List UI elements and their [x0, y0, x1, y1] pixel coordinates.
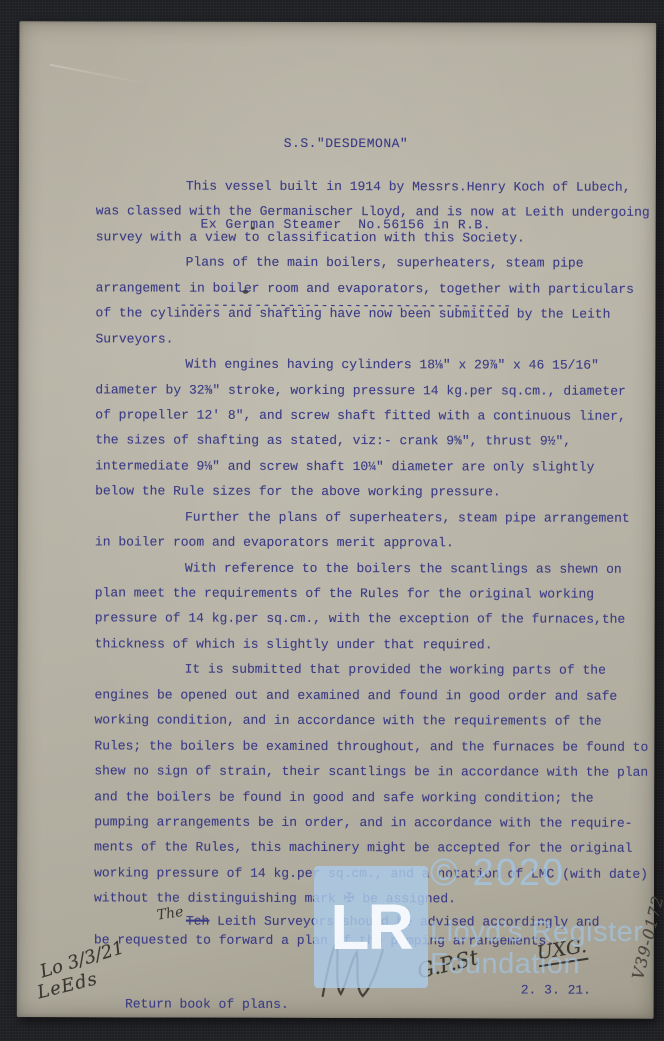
typed-line: With reference to the boilers the scantl…	[95, 555, 664, 582]
typed-line: This vessel built in 1914 by Messrs.Henr…	[96, 173, 664, 200]
scanned-document-page: { "colors": { "ink": "#3c3c86", "paper":…	[0, 0, 664, 1041]
typed-line: Surveyors.	[95, 326, 664, 353]
typed-line: pressure of 14 kg.per sq.cm., with the e…	[95, 606, 664, 633]
typed-line: of propeller 12' 8", and screw shaft fit…	[95, 402, 664, 429]
typed-line: plan meet the requirements of the Rules …	[95, 580, 664, 607]
typed-line: It is submitted that provided the workin…	[95, 657, 664, 684]
typed-line: working condition, and in accordance wit…	[94, 708, 664, 735]
footer-date: 2. 3. 21.	[521, 982, 591, 997]
typed-line: pumping arrangements be in order, and in…	[94, 809, 664, 836]
typed-line: the sizes of shafting as stated, viz:- c…	[95, 428, 664, 455]
typed-line: below the Rule sizes for the above worki…	[95, 479, 664, 506]
typed-line: With engines having cylinders 18⅛" x 29⅞…	[95, 351, 664, 378]
typed-line: TheTeh Leith Surveyors should be advised…	[94, 911, 664, 932]
typed-line: thickness of which is slightly under tha…	[95, 631, 664, 658]
typed-line: in boiler room and evaporators merit app…	[95, 529, 664, 556]
struck-word: Teh	[186, 913, 209, 928]
typed-line: diameter by 32⅜" stroke, working pressur…	[95, 377, 664, 404]
footer-action: Return book of plans.	[125, 996, 289, 1011]
body-lines: This vessel built in 1914 by Messrs.Henr…	[94, 173, 664, 950]
handwritten-correction: The	[156, 902, 187, 925]
surveyor-initials-signature: G.P.St	[415, 945, 481, 983]
illegible-signature	[317, 930, 391, 1013]
vessel-title: S.S."DESDEMONA"	[96, 129, 596, 157]
typed-line: of the cylinders and shafting have now b…	[96, 301, 664, 328]
typed-line: Rules; the boilers be examined throughou…	[94, 733, 664, 760]
typed-line: arrangement in boiler room and evaporato…	[96, 275, 664, 302]
paper-sheet: S.S."DESDEMONA" Ex German Steamer No.561…	[17, 21, 657, 1019]
typed-line: shew no sign of strain, their scantlings…	[94, 758, 664, 785]
typed-line: and the boilers be found in good and saf…	[94, 784, 664, 811]
typed-line: Plans of the main boilers, superheaters,…	[96, 250, 664, 277]
typed-line: survey with a view to classification wit…	[96, 224, 664, 251]
typed-line: engines be opened out and examined and f…	[95, 682, 664, 709]
typed-line: Further the plans of superheaters, steam…	[95, 504, 664, 531]
typed-line: intermediate 9⅛" and screw shaft 10¼" di…	[95, 453, 664, 480]
typed-line: ments of the Rules, this machinery might…	[94, 835, 664, 862]
typed-line: working pressure of 14 kg.per sq.cm., an…	[94, 860, 664, 887]
typed-line: was classed with the Germanischer Lloyd,…	[96, 199, 664, 226]
